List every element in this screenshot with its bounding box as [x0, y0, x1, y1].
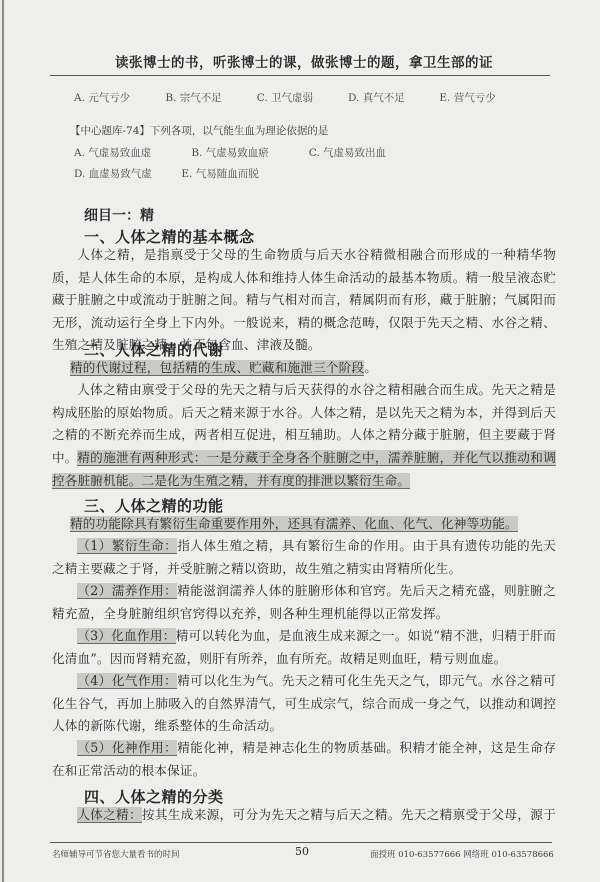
function-label: （5）化神作用： — [77, 740, 177, 756]
classification-label: 人体之精： — [77, 807, 142, 823]
prev-question-options: A. 元气亏少 B. 宗气不足 C. 卫气虚弱 D. 真气不足 E. 营气亏少 — [74, 90, 496, 105]
question-stem: 【中心题库-74】下列各项，以气能生血为理论依据的是 — [70, 123, 328, 138]
option-a: A. 气虚易致血虚 — [74, 145, 188, 160]
function-item-2: （2）濡养作用：精能滋润濡养人体的脏腑形体和官窍。先后天之精充盛，则脏腑之精充盈… — [52, 580, 556, 625]
section-2-key-point-1: 精的代谢过程，包括精的生成、贮藏和施泄三个阶段。 — [70, 357, 556, 380]
document-page: 读张博士的书，听张博士的课，做张博士的题，拿卫生部的证 A. 元气亏少 B. 宗… — [2, 0, 600, 882]
option-d: D. 真气不足 — [348, 90, 436, 105]
option-a: A. 元气亏少 — [74, 90, 162, 105]
highlighted-text: 精的代谢过程，包括精的生成、贮藏和施泄三个阶段 — [70, 360, 364, 376]
function-label: （1）繁衍生命： — [77, 538, 177, 554]
page-number: 50 — [295, 845, 309, 858]
function-item-4: （4）化气作用：精可以化生为气。先天之精可化生先天之气，即元气。水谷之精可化生谷… — [52, 670, 556, 738]
section-2-key-point-2: 精的施泄有两种形式：一是分藏于全身各个脏腑之中，濡养脏腑，并化气以推动和调控各脏… — [52, 447, 556, 492]
question-options-row-1: A. 气虚易致血虚 B. 气虚易致血瘀 C. 气虚易致出血 — [74, 145, 386, 160]
option-c: C. 气虚易致出血 — [309, 145, 386, 160]
function-item-3: （3）化血作用：精可以转化为血，是血液生成来源之一。如说“精不泄，归精于肝而化清… — [52, 625, 556, 670]
footer-divider — [50, 842, 552, 843]
function-label: （4）化气作用： — [77, 673, 177, 689]
highlighted-text: 精的施泄有两种形式：一是分藏于全身各个脏腑之中，濡养脏腑，并化气以推动和调控各脏… — [52, 450, 556, 489]
option-e: E. 气易随血而脱 — [181, 166, 258, 181]
function-label: （3）化血作用： — [77, 628, 176, 644]
question-options-row-2: D. 血虚易致气虚 E. 气易随血而脱 — [74, 166, 259, 181]
option-d: D. 血虚易致气虚 — [74, 166, 178, 181]
subsection-title: 细目一：精 — [84, 205, 154, 225]
header-divider — [50, 75, 550, 76]
page-header-title: 读张博士的书，听张博士的课，做张博士的题，拿卫生部的证 — [4, 51, 600, 71]
section-3-key-point: 精的功能除具有繁衍生命重要作用外，还具有濡养、化血、化气、化神等功能。 — [70, 513, 556, 536]
option-b: B. 宗气不足 — [165, 90, 253, 105]
footer-contact: 面授班 010-63577666 网络班 010-63578666 — [370, 848, 554, 860]
function-item-1: （1）繁衍生命：指人体生殖之精，具有繁衍生命的作用。由于具有遗传功能的先天之精主… — [52, 535, 556, 580]
option-c: C. 卫气虚弱 — [257, 90, 345, 105]
question-source-tag: 【中心题库-74】 — [70, 125, 150, 137]
footer-slogan: 名师辅导可节省您大量看书的时间 — [52, 848, 180, 860]
function-label: （2）濡养作用： — [77, 583, 177, 599]
option-b: B. 气虚易致血瘀 — [191, 145, 305, 160]
highlighted-text: 精的功能除具有繁衍生命重要作用外，还具有濡养、化血、化气、化神等功能。 — [70, 516, 518, 532]
function-item-5: （5）化神作用：精能化神，精是神志化生的物质基础。积精才能全神，这是生命存在和正… — [52, 737, 556, 782]
option-e: E. 营气亏少 — [439, 90, 495, 105]
classification-item-1: 人体之精：按其生成来源，可分为先天之精与后天之精。先天之精禀受于父母，源于父母生… — [52, 804, 556, 826]
